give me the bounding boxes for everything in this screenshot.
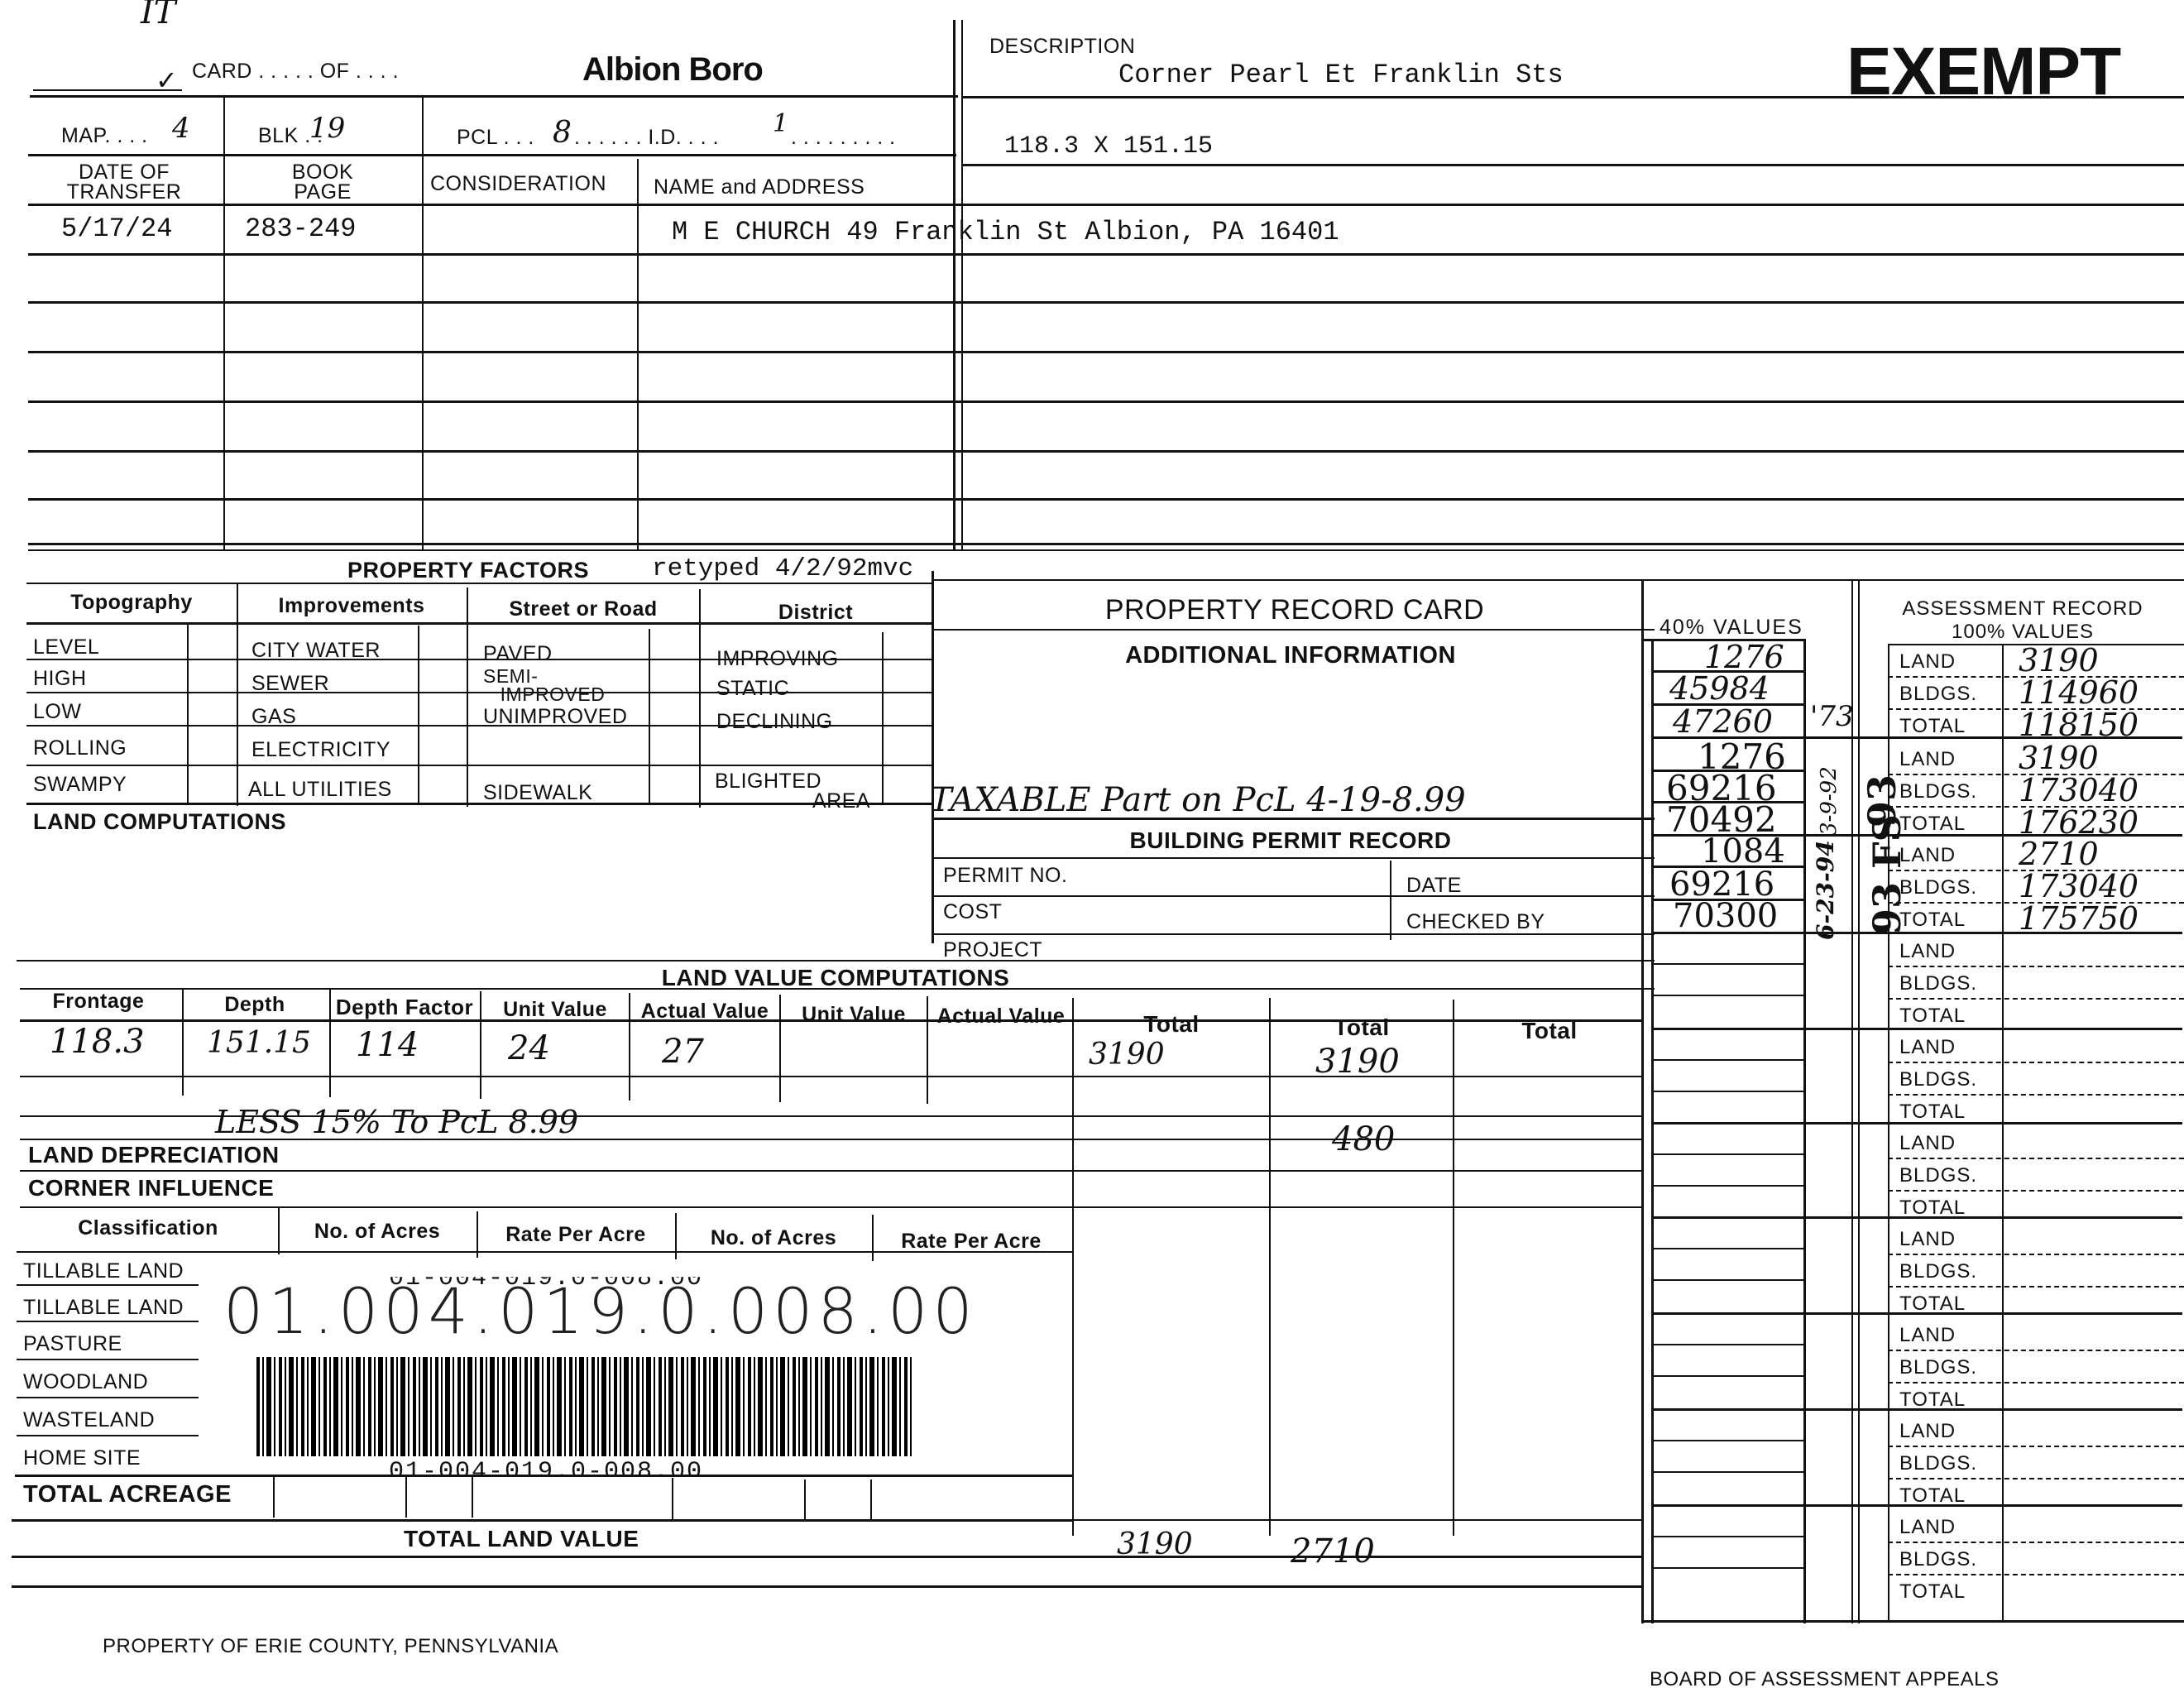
assessment-record-header: ASSESSMENT RECORD100% VALUES bbox=[1861, 597, 2184, 644]
divider bbox=[2002, 644, 2004, 1620]
land-value-note: LESS 15% To PcL 8.99 bbox=[215, 1104, 578, 1140]
improv-sewer: SEWER bbox=[251, 672, 329, 696]
topo-level: LEVEL bbox=[33, 635, 99, 659]
assessment-land-value: 3190 bbox=[2019, 740, 2099, 776]
top-scribble: IT bbox=[141, 0, 175, 31]
road-unimproved: UNIMPROVED bbox=[483, 705, 627, 729]
assessment-land-value: 2710 bbox=[2019, 836, 2099, 872]
assessment-land-label: LAND bbox=[1899, 748, 1956, 771]
assessment-land-label: LAND bbox=[1899, 1036, 1956, 1059]
district-blighted-area: BLIGHTEDAREA bbox=[715, 771, 870, 811]
divider bbox=[961, 96, 2184, 98]
land-depreciation-value: 480 bbox=[1332, 1120, 1395, 1158]
class-tillable-land-2: TILLABLE LAND bbox=[23, 1296, 184, 1320]
divider bbox=[1803, 639, 1806, 1623]
assessment-total-label: TOTAL bbox=[1899, 1484, 1966, 1508]
transfer-date: 5/17/24 bbox=[61, 213, 172, 244]
assessment-total-label: TOTAL bbox=[1899, 1101, 1966, 1124]
road-paved: PAVED bbox=[483, 642, 553, 666]
topo-high: HIGH bbox=[33, 667, 87, 691]
divider bbox=[12, 1519, 1072, 1522]
assessment-land-label: LAND bbox=[1899, 940, 1956, 963]
divider bbox=[1641, 579, 1644, 1623]
permit-cost-label: COST bbox=[943, 900, 1002, 924]
divider bbox=[961, 164, 2184, 166]
assessment-bldgs-label: BLDGS. bbox=[1899, 1452, 1977, 1475]
depth-header: Depth bbox=[182, 993, 328, 1017]
road-sidewalk: SIDEWALK bbox=[483, 781, 592, 805]
improv-electricity: ELECTRICITY bbox=[251, 738, 390, 762]
id-value: 1 bbox=[773, 109, 788, 138]
divider bbox=[933, 933, 1655, 935]
divider bbox=[933, 818, 1655, 820]
divider bbox=[1651, 639, 1654, 1623]
divider bbox=[629, 993, 630, 1101]
divider bbox=[28, 154, 956, 156]
improvements-header: Improvements bbox=[238, 594, 465, 618]
class-pasture: PASTURE bbox=[23, 1332, 122, 1356]
building-permit-title: BUILDING PERMIT RECORD bbox=[935, 827, 1646, 854]
topo-swampy: SWAMPY bbox=[33, 773, 127, 797]
permit-date-label: DATE bbox=[1406, 874, 1462, 898]
divider bbox=[17, 960, 1655, 961]
divider bbox=[1641, 1620, 2184, 1623]
footer-board-of-appeals: BOARD OF ASSESSMENT APPEALS bbox=[1650, 1668, 2000, 1688]
assessment-bldgs-label: BLDGS. bbox=[1899, 876, 1977, 899]
map-label: MAP. . . . bbox=[61, 124, 148, 148]
assessment-total-label: TOTAL bbox=[1899, 1580, 1966, 1604]
divider bbox=[1888, 1574, 2184, 1575]
divider bbox=[182, 990, 184, 1096]
improv-city-water: CITY WATER bbox=[251, 639, 381, 663]
assessment-bldgs-label: BLDGS. bbox=[1899, 1164, 1977, 1187]
divider bbox=[927, 996, 928, 1104]
checked-by-label: CHECKED BY bbox=[1406, 910, 1545, 934]
divider bbox=[20, 1139, 1641, 1140]
property-record-card-title: PROPERTY RECORD CARD bbox=[935, 594, 1655, 626]
divider bbox=[1888, 1446, 2184, 1447]
class-wasteland: WASTELAND bbox=[23, 1408, 155, 1432]
divider bbox=[20, 1076, 1641, 1077]
divider bbox=[1651, 963, 1803, 965]
frontage-header: Frontage bbox=[20, 990, 177, 1014]
assessment-land-value: 3190 bbox=[2019, 642, 2099, 679]
date-of-transfer-header: DATE OFTRANSFER bbox=[33, 162, 215, 202]
divider bbox=[1651, 1248, 1803, 1249]
forty-percent-header: 40% VALUES bbox=[1660, 616, 1803, 640]
divider bbox=[1888, 1286, 2184, 1288]
land-depreciation-label: LAND DEPRECIATION bbox=[28, 1142, 280, 1168]
divider bbox=[30, 95, 958, 98]
divider bbox=[649, 629, 650, 804]
assessment-total-label: TOTAL bbox=[1899, 909, 1966, 932]
divider bbox=[1888, 1382, 2184, 1383]
assessment-total-label: TOTAL bbox=[1899, 813, 1966, 836]
project-label: PROJECT bbox=[943, 938, 1042, 962]
divider bbox=[804, 1479, 806, 1521]
assessment-total-label: TOTAL bbox=[1899, 715, 1966, 738]
divider bbox=[20, 988, 1655, 990]
transfer-name-address: M E CHURCH 49 Franklin St Albion, PA 164… bbox=[672, 217, 1339, 247]
divider bbox=[1651, 1091, 1803, 1092]
street-road-header: Street or Road bbox=[468, 597, 698, 621]
unit-value-2-header: Unit Value bbox=[781, 1003, 927, 1027]
topo-low: LOW bbox=[33, 700, 81, 724]
actual-value: 27 bbox=[662, 1033, 704, 1071]
forty-g1-total: 47260 bbox=[1673, 703, 1773, 740]
assessment-bldgs-label: BLDGS. bbox=[1899, 1548, 1977, 1571]
divider bbox=[187, 622, 189, 804]
transfer-row-line bbox=[28, 450, 2184, 453]
map-value: 4 bbox=[172, 112, 190, 145]
transfer-row-line bbox=[28, 543, 2184, 545]
divider bbox=[1651, 1185, 1803, 1187]
depth-factor-header: Depth Factor bbox=[329, 995, 480, 1020]
district-improving: IMPROVING bbox=[716, 647, 839, 671]
divider bbox=[1651, 995, 1803, 996]
divider bbox=[1888, 1478, 2184, 1479]
divider bbox=[1651, 1471, 1803, 1473]
actual-value-2-header: Actual Value bbox=[928, 1005, 1074, 1029]
divider bbox=[1453, 1000, 1454, 1536]
total-1-header: Total bbox=[1074, 1011, 1269, 1038]
acres-1-header: No. of Acres bbox=[280, 1220, 475, 1244]
assessment-bldgs-label: BLDGS. bbox=[1899, 683, 1977, 706]
divider bbox=[872, 1215, 874, 1261]
parcel-id-printed-bottom: 01-004-019.0-008.00 bbox=[389, 1458, 703, 1486]
district-header: District bbox=[702, 601, 930, 625]
forty-g1-note: '73 bbox=[1810, 700, 1854, 733]
corner-influence-label: CORNER INFLUENCE bbox=[28, 1175, 274, 1201]
assessment-total-label: TOTAL bbox=[1899, 1196, 1966, 1220]
forty-g2-note: 3-9-92 bbox=[1817, 766, 1842, 836]
id-dots: . . . . . . . . . bbox=[791, 126, 896, 150]
divider bbox=[1651, 1344, 1803, 1345]
divider bbox=[278, 1208, 280, 1254]
assessment-bldgs-value: 173040 bbox=[2019, 868, 2138, 904]
assessment-land-label: LAND bbox=[1899, 1228, 1956, 1251]
forty-g3-note: 6-23-94 bbox=[1812, 840, 1839, 940]
description-line-2: 118.3 X 151.15 bbox=[1004, 132, 1213, 161]
total-1-value: 3190 bbox=[1089, 1038, 1165, 1072]
municipality-name: Albion Boro bbox=[582, 51, 763, 89]
divider bbox=[1269, 998, 1271, 1536]
assessment-total-label: TOTAL bbox=[1899, 1388, 1966, 1412]
pcl-label: PCL . . . bbox=[457, 126, 534, 150]
total-2-header: Total bbox=[1271, 1014, 1453, 1041]
divider bbox=[472, 1476, 473, 1518]
divider bbox=[20, 1206, 1641, 1208]
divider bbox=[933, 579, 2184, 581]
divider bbox=[1651, 1153, 1803, 1155]
parcel-id-handwritten: 01.004.019.0.008.00 bbox=[223, 1274, 978, 1348]
divider bbox=[1390, 861, 1391, 940]
assessment-land-label: LAND bbox=[1899, 1324, 1956, 1347]
divider bbox=[1888, 1062, 2184, 1063]
assessment-bldgs-value: 173040 bbox=[2019, 772, 2138, 808]
transfer-row-line bbox=[28, 301, 2184, 304]
divider bbox=[1888, 644, 1889, 1620]
divider bbox=[1651, 1279, 1803, 1281]
divider bbox=[20, 1019, 1641, 1022]
assessment-total-label: TOTAL bbox=[1899, 1005, 1966, 1028]
assessment-bldgs-value: 114960 bbox=[2019, 674, 2138, 711]
divider bbox=[17, 1321, 199, 1322]
divider bbox=[273, 1476, 275, 1518]
divider bbox=[1651, 1567, 1803, 1569]
exempt-status: EXEMPT bbox=[1846, 33, 2120, 111]
transfer-book-page: 283-249 bbox=[245, 213, 356, 244]
divider bbox=[17, 1284, 199, 1286]
divider bbox=[933, 629, 1655, 631]
district-declining: DECLINING bbox=[716, 710, 833, 734]
land-computations-title: LAND COMPUTATIONS bbox=[33, 809, 286, 835]
card-label: CARD . . . . . OF . . . . bbox=[192, 60, 399, 84]
assessment-total-value: 175750 bbox=[2019, 900, 2138, 937]
divider bbox=[1651, 1440, 1803, 1441]
name-address-header: NAME and ADDRESS bbox=[654, 175, 864, 199]
additional-information-note: TAXABLE Part on PcL 4-19-8.99 bbox=[930, 781, 1466, 819]
assessment-land-label: LAND bbox=[1899, 1516, 1956, 1539]
divider bbox=[17, 1435, 199, 1436]
transfer-row-line bbox=[28, 400, 2184, 403]
topography-header: Topography bbox=[28, 591, 235, 615]
divider bbox=[15, 1475, 1072, 1477]
divider bbox=[26, 622, 933, 625]
book-page-header: BOOKPAGE bbox=[227, 162, 418, 202]
retyped-note: retyped 4/2/92mvc bbox=[652, 554, 913, 583]
divider bbox=[961, 20, 963, 549]
depth-factor-value: 114 bbox=[356, 1026, 419, 1064]
frontage-value: 118.3 bbox=[50, 1023, 145, 1061]
description-label: DESCRIPTION bbox=[989, 35, 1135, 59]
acres-2-header: No. of Acres bbox=[677, 1226, 870, 1250]
divider bbox=[12, 1556, 1643, 1558]
description-line-1: Corner Pearl Et Franklin Sts bbox=[1118, 60, 1564, 90]
id-label: . . . . . . I.D. . . . bbox=[574, 126, 719, 150]
divider bbox=[1888, 1350, 2184, 1351]
divider bbox=[932, 571, 934, 943]
divider bbox=[933, 895, 1655, 897]
divider bbox=[1888, 1254, 2184, 1255]
assessment-land-label: LAND bbox=[1899, 844, 1956, 867]
divider bbox=[1888, 1158, 2184, 1159]
transfer-row-line bbox=[28, 253, 2184, 256]
additional-information-label: ADDITIONAL INFORMATION bbox=[935, 642, 1646, 669]
rate-2-header: Rate Per Acre bbox=[874, 1230, 1069, 1254]
divider bbox=[329, 990, 331, 1097]
class-woodland: WOODLAND bbox=[23, 1370, 148, 1394]
blk-value: 19 bbox=[309, 112, 345, 145]
rate-1-header: Rate Per Acre bbox=[478, 1223, 673, 1247]
assessment-total-value: 118150 bbox=[2019, 707, 2138, 743]
assessment-total-label: TOTAL bbox=[1899, 1292, 1966, 1316]
divider bbox=[17, 1251, 1072, 1253]
barcode bbox=[256, 1357, 912, 1456]
assessment-bldgs-label: BLDGS. bbox=[1899, 972, 1977, 995]
classification-header: Classification bbox=[20, 1216, 276, 1240]
improv-gas: GAS bbox=[251, 705, 296, 729]
divider bbox=[1651, 1028, 2182, 1030]
divider bbox=[26, 583, 933, 584]
assessment-land-label: LAND bbox=[1899, 1132, 1956, 1155]
transfer-row-line bbox=[28, 549, 2184, 551]
divider bbox=[20, 1170, 1641, 1172]
transfer-row-line bbox=[28, 498, 2184, 501]
divider bbox=[17, 1359, 199, 1360]
divider bbox=[870, 1479, 872, 1521]
class-tillable-land-1: TILLABLE LAND bbox=[23, 1259, 184, 1283]
checkmark-icon: ✓ bbox=[156, 65, 178, 96]
divider bbox=[26, 765, 933, 766]
divider bbox=[12, 1585, 1643, 1588]
total-acreage-label: TOTAL ACREAGE bbox=[23, 1481, 232, 1508]
divider bbox=[779, 995, 781, 1102]
divider bbox=[953, 20, 955, 549]
permit-no-label: PERMIT NO. bbox=[943, 864, 1067, 888]
improv-all-utilities: ALL UTILITIES bbox=[248, 778, 392, 802]
assessment-land-label: LAND bbox=[1899, 1420, 1956, 1443]
property-factors-title: PROPERTY FACTORS bbox=[347, 558, 589, 583]
divider bbox=[1072, 998, 1074, 1536]
divider bbox=[1888, 1190, 2184, 1192]
assessment-bldgs-label: BLDGS. bbox=[1899, 780, 1977, 803]
total-land-value-label: TOTAL LAND VALUE bbox=[404, 1526, 639, 1552]
road-semi-improved: SEMI- IMPROVED bbox=[483, 667, 605, 703]
depth-value: 151.15 bbox=[207, 1026, 311, 1060]
district-static: STATIC bbox=[716, 677, 789, 701]
assessment-bldgs-label: BLDGS. bbox=[1899, 1068, 1977, 1091]
divider bbox=[26, 692, 933, 693]
divider bbox=[1651, 1059, 1803, 1061]
forty-g3-total: 70300 bbox=[1673, 897, 1778, 935]
divider bbox=[1888, 998, 2184, 1000]
footer-property-of: PROPERTY OF ERIE COUNTY, PENNSYLVANIA bbox=[103, 1635, 558, 1658]
divider bbox=[1888, 1094, 2184, 1096]
divider bbox=[1888, 1542, 2184, 1543]
divider bbox=[1651, 1536, 1803, 1537]
pcl-value: 8 bbox=[553, 116, 572, 150]
unit-value: 24 bbox=[508, 1029, 550, 1067]
total-land-value-2: 2710 bbox=[1291, 1532, 1375, 1571]
unit-value-header: Unit Value bbox=[481, 998, 629, 1022]
forty-g1-bldgs: 45984 bbox=[1669, 670, 1770, 707]
divider bbox=[405, 1476, 407, 1518]
class-home-site: HOME SITE bbox=[23, 1446, 141, 1470]
divider bbox=[637, 159, 639, 549]
divider bbox=[418, 626, 419, 804]
divider bbox=[28, 204, 2184, 206]
consideration-header: CONSIDERATION bbox=[430, 172, 606, 196]
transfer-row-line bbox=[28, 351, 2184, 353]
divider bbox=[480, 991, 481, 1099]
divider bbox=[223, 95, 225, 550]
assessment-bldgs-label: BLDGS. bbox=[1899, 1260, 1977, 1283]
divider bbox=[933, 857, 1655, 859]
divider bbox=[672, 1478, 673, 1519]
divider bbox=[1888, 966, 2184, 967]
topo-rolling: ROLLING bbox=[33, 736, 127, 760]
divider bbox=[422, 95, 424, 550]
assessment-bldgs-label: BLDGS. bbox=[1899, 1356, 1977, 1379]
divider bbox=[1072, 1519, 1643, 1521]
divider bbox=[1651, 1375, 1803, 1377]
divider bbox=[17, 1397, 199, 1398]
assessment-land-label: LAND bbox=[1899, 650, 1956, 674]
